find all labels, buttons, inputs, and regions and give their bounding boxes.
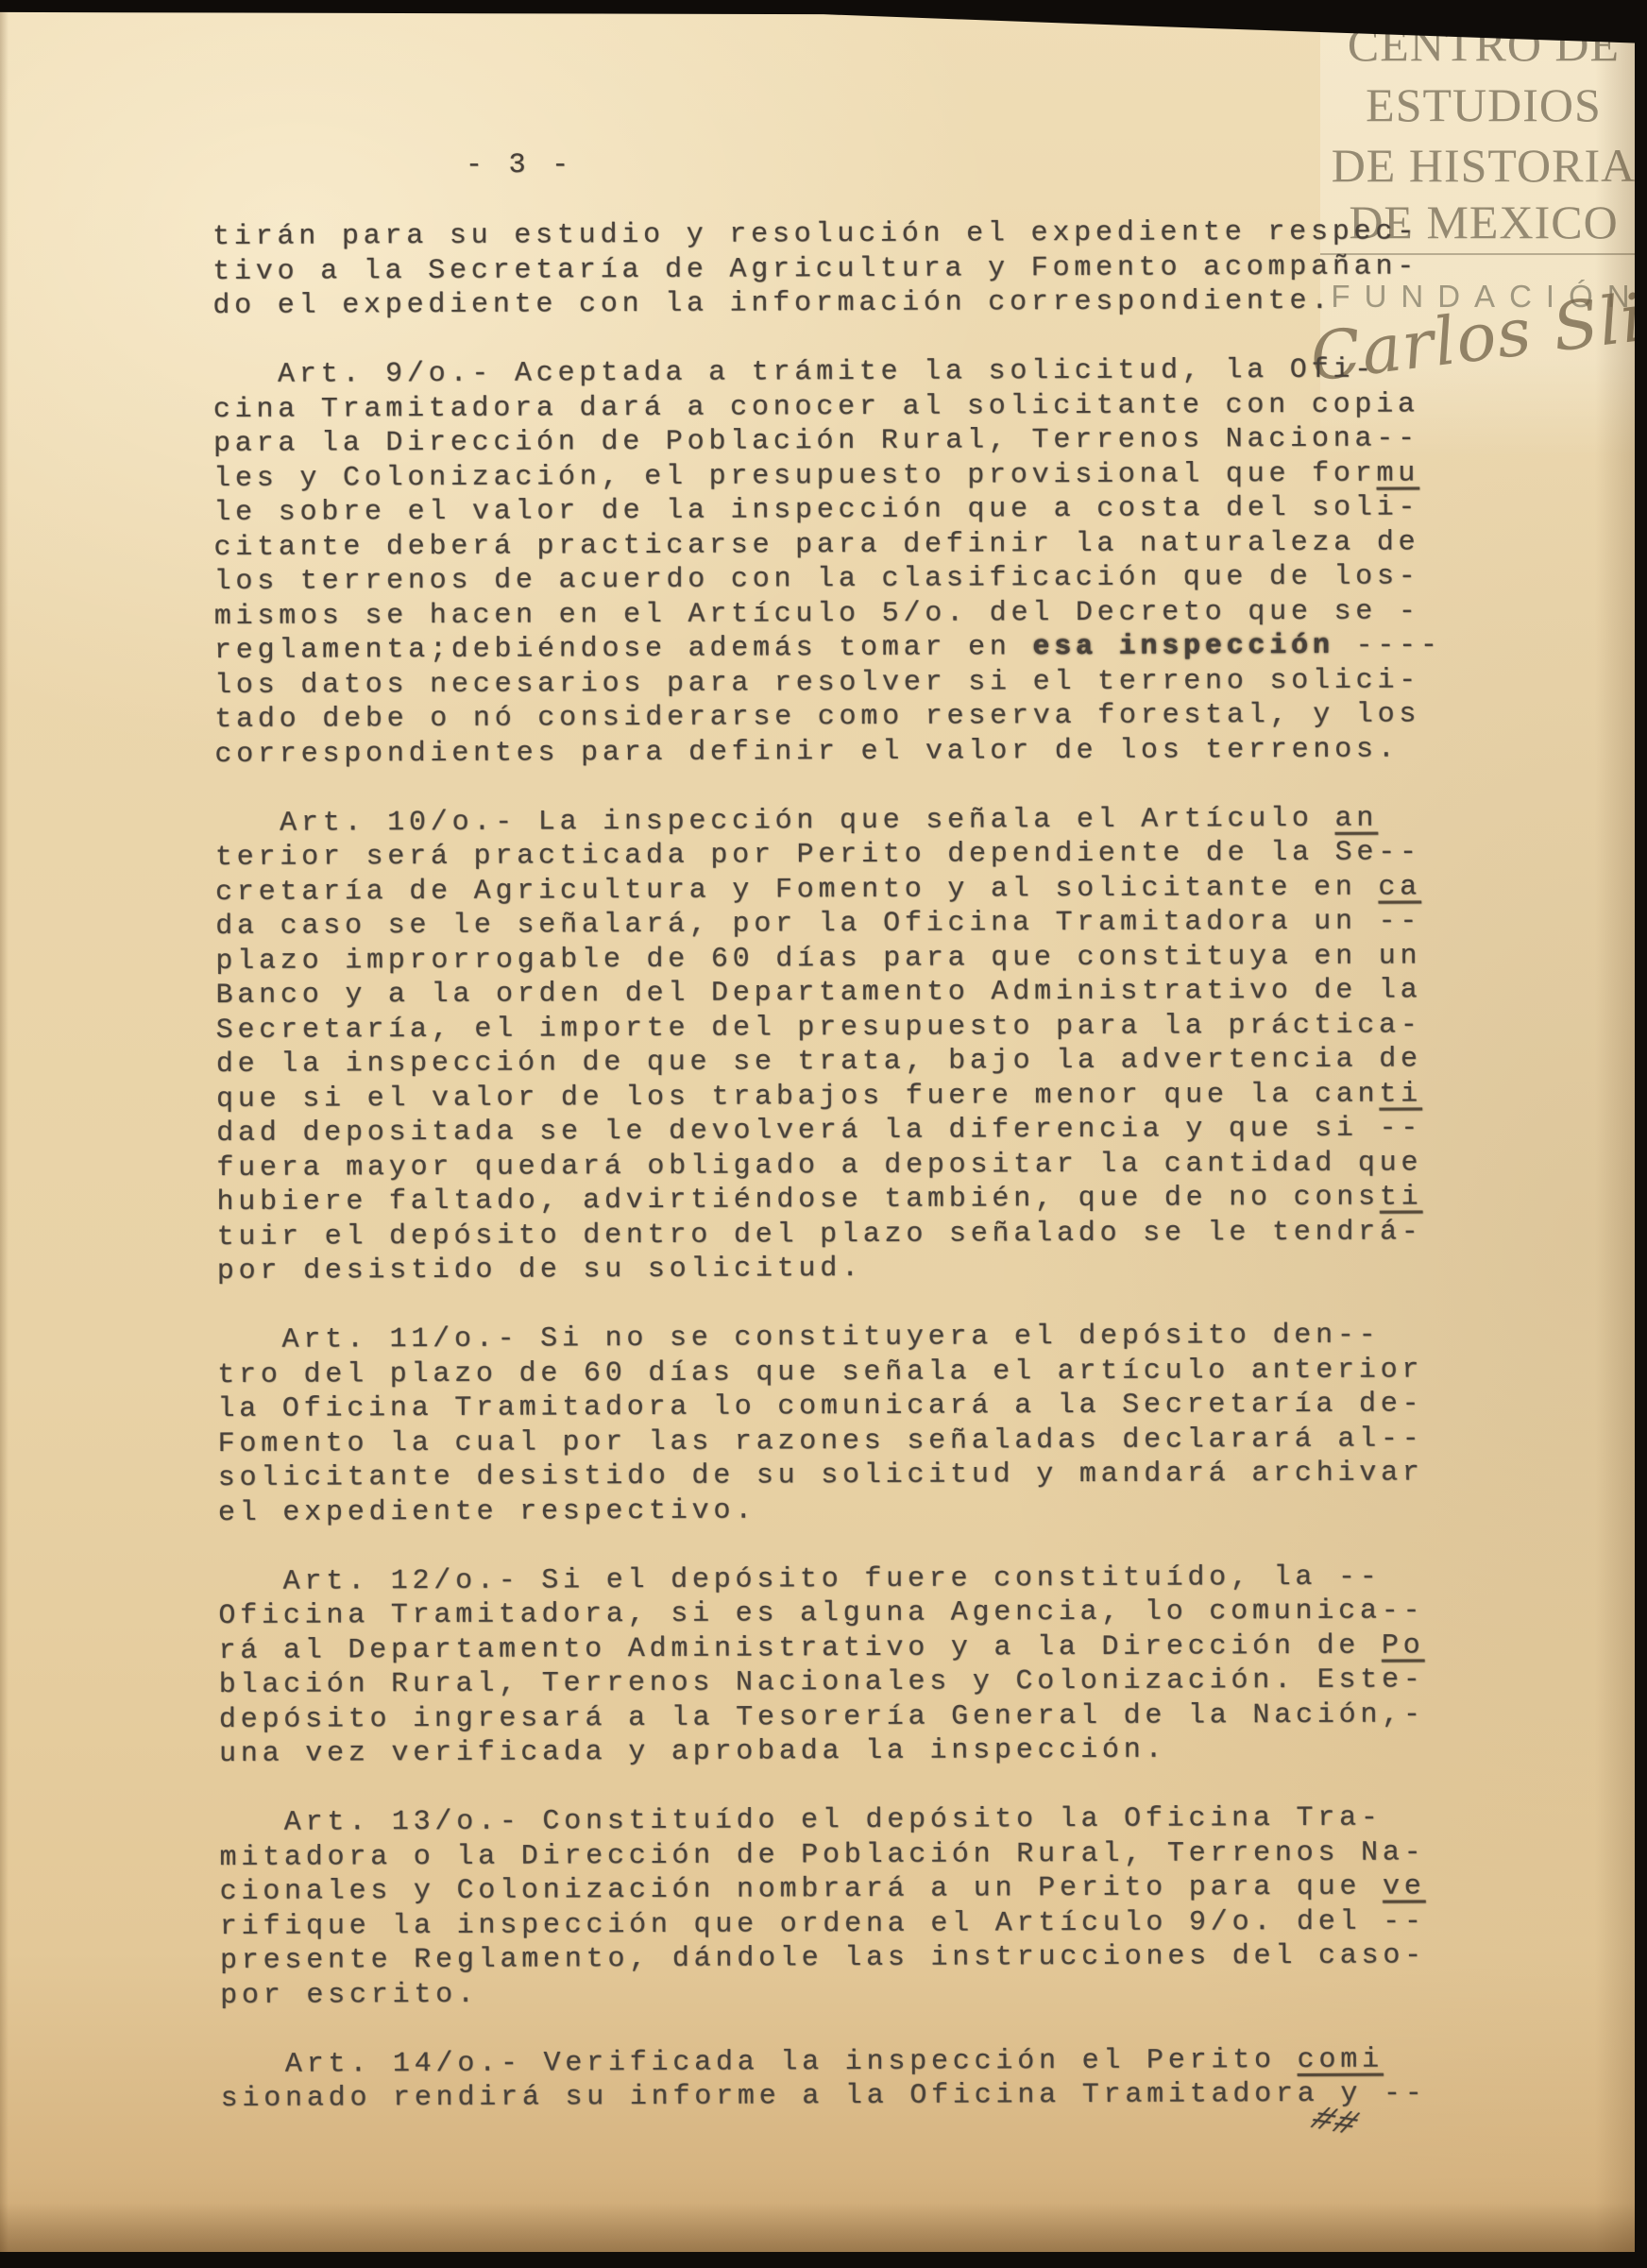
text-line: mitadora o la Dirección de Población Rur… (219, 1835, 1485, 1875)
text-line: los datos necesarios para resolver si el… (214, 663, 1480, 703)
page-number: - 3 - (466, 149, 573, 181)
text-line: Art. 11/o.- Si no se constituyera el dep… (217, 1318, 1483, 1357)
scanned-document-page: CENTRO DE ESTUDIOS DE HISTORIA DE MEXICO… (0, 0, 1647, 2268)
scan-border-right (1635, 0, 1647, 2268)
text-line: depósito ingresará a la Tesorería Genera… (219, 1697, 1485, 1737)
text-line: tro del plazo de 60 días que señala el a… (217, 1353, 1483, 1392)
text-line: la Oficina Tramitadora lo comunicará a l… (217, 1387, 1483, 1426)
text-line: reglamenta;debiéndose además tomar en es… (214, 628, 1480, 668)
text-line: sionado rendirá su informe a la Oficina … (221, 2076, 1486, 2116)
text-line: Art. 14/o.- Verificada la inspección el … (220, 2042, 1486, 2082)
text-line: que si el valor de los trabajos fuere me… (216, 1077, 1482, 1117)
text-line: cina Tramitadora dará a conocer al solic… (213, 387, 1479, 427)
text-line: Banco y a la orden del Departamento Admi… (216, 973, 1482, 1013)
text-line: Fomento la cual por las razones señalada… (218, 1422, 1484, 1461)
text-line: Secretaría, el importe del presupuesto p… (216, 1008, 1482, 1048)
text-line: dad depositada se le devolverá la difere… (216, 1111, 1482, 1151)
text-line: mismos se hacen en el Artículo 5/o. del … (214, 594, 1480, 634)
text-line: por desistido de su solicitud. (217, 1249, 1483, 1288)
text-line: cretaría de Agricultura y Fomento y al s… (215, 870, 1481, 910)
text-line: para la Dirección de Población Rural, Te… (213, 421, 1479, 461)
text-line: blación Rural, Terrenos Nacionales y Col… (219, 1663, 1485, 1702)
paper-bottom-edge-shadow (0, 2203, 1647, 2252)
text-line: Art. 10/o.- La inspección que señala el … (215, 801, 1481, 841)
paper-left-edge-shadow (0, 0, 8, 2268)
text-line: rifique la inspección que ordena el Artí… (220, 1904, 1486, 1944)
text-line: Art. 12/o.- Si el depósito fuere constit… (218, 1560, 1484, 1599)
text-line: los terrenos de acuerdo con la clasifica… (214, 559, 1480, 599)
paper-right-edge-shadow (1595, 0, 1635, 2268)
text-block: tirán para su estudio y resolución el ex… (212, 214, 1486, 2116)
paragraph: Art. 11/o.- Si no se constituyera el dep… (217, 1318, 1484, 1530)
text-line: rá al Departamento Administrativo y a la… (219, 1629, 1485, 1668)
text-line: correspondientes para definir el valor d… (214, 732, 1480, 772)
text-line: solicitante desistido de su solicitud y … (218, 1456, 1484, 1495)
text-line: tado debe o nó considerarse como reserva… (214, 697, 1480, 737)
text-line: hubiere faltado, advirtiéndose también, … (216, 1180, 1482, 1219)
text-line: tirán para su estudio y resolución el ex… (212, 214, 1478, 254)
text-line: el expediente respectivo. (218, 1491, 1484, 1530)
scan-border-bottom (0, 2252, 1647, 2268)
text-line: terior será practicada por Perito depend… (215, 835, 1481, 875)
text-line: Oficina Tramitadora, si es alguna Agenci… (218, 1594, 1484, 1633)
paragraph: Art. 12/o.- Si el depósito fuere constit… (218, 1560, 1485, 1772)
paragraph: Art. 10/o.- La inspección que señala el … (215, 801, 1483, 1289)
paragraph: Art. 14/o.- Verificada la inspección el … (220, 2042, 1486, 2117)
text-line: tivo a la Secretaría de Agricultura y Fo… (212, 249, 1478, 289)
text-line: citante deberá practicarse para definir … (213, 525, 1479, 565)
text-line: les y Colonización, el presupuesto provi… (213, 456, 1479, 496)
paragraph: tirán para su estudio y resolución el ex… (212, 214, 1478, 323)
text-line: do el expediente con la información corr… (212, 283, 1478, 323)
paragraph: Art. 9/o.- Aceptada a trámite la solicit… (213, 352, 1481, 772)
text-line: por escrito. (220, 1973, 1486, 2013)
text-line: de la inspección de que se trata, bajo l… (216, 1042, 1482, 1082)
text-line: le sobre el valor de la inspección que a… (213, 490, 1479, 530)
text-line: cionales y Colonización nombrará a un Pe… (220, 1869, 1486, 1909)
text-line: fuera mayor quedará obligado a depositar… (216, 1146, 1482, 1185)
text-line: plazo improrrogable de 60 días para que … (215, 939, 1481, 979)
text-line: una vez verificada y aprobada la inspecc… (219, 1731, 1485, 1771)
text-line: Art. 9/o.- Aceptada a trámite la solicit… (213, 352, 1479, 392)
text-line: tuir el depósito dentro del plazo señala… (217, 1215, 1483, 1254)
text-line: da caso se le señalará, por la Oficina T… (215, 904, 1481, 944)
text-line: Art. 13/o.- Constituído el depósito la O… (219, 1800, 1485, 1840)
text-line: presente Reglamento, dándole las instruc… (220, 1938, 1486, 1978)
paragraph: Art. 13/o.- Constituído el depósito la O… (219, 1800, 1486, 2013)
